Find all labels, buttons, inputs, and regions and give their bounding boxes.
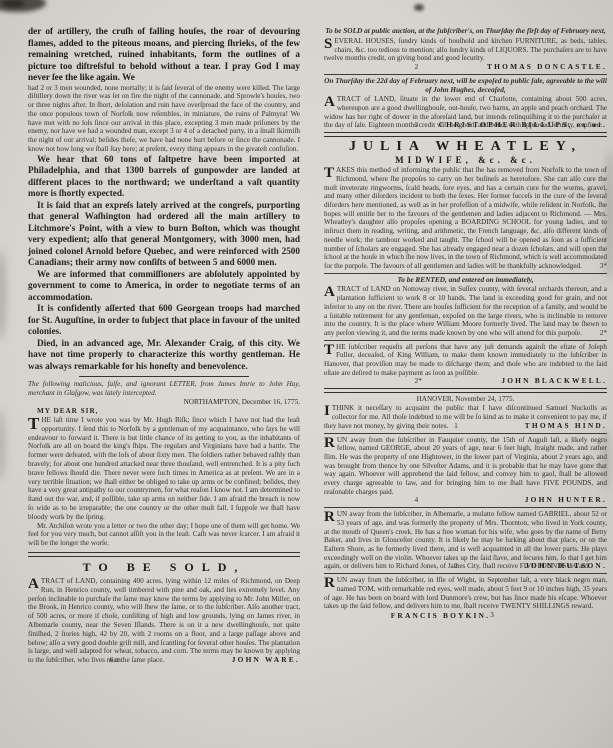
letter-intro: The following malicious, falſe, and igno… xyxy=(28,380,300,398)
letter-dateline: NORTHAMPTON, December 16, 1775. xyxy=(28,398,300,407)
right-column: To be SOLD at public auction, at the ſub… xyxy=(324,26,607,620)
signature-francis-boykin: FRANCIS BOYKIN. xyxy=(391,611,491,620)
heavy-rule xyxy=(324,388,607,393)
ad-drop-cap: T xyxy=(324,344,334,357)
ad-drop-cap: T xyxy=(324,167,334,180)
column-rule xyxy=(324,507,607,508)
fuller-notice-text: HE ſubſcriber requeſts all perſons that … xyxy=(324,343,607,377)
news-georgean-troops: It is confidently aſſerted that 600 Geor… xyxy=(28,303,300,338)
ad-run-marker: 3 xyxy=(415,121,419,130)
letter-salutation: MY DEAR SIR, xyxy=(28,407,300,416)
news-washington-express: It is ſaid that an expreſs lately arrive… xyxy=(28,200,300,269)
doncastle-signature-row: 2 THOMAS DONCASTLE. xyxy=(324,63,607,72)
blackwell-signature-row: 2* JOHN BLACKWELL. xyxy=(324,377,607,386)
section-rule xyxy=(79,376,249,377)
ad-duration-marker: 6 m xyxy=(110,656,121,665)
column-rule xyxy=(324,433,607,434)
signature-john-hunter: JOHN HUNTER. xyxy=(525,496,607,505)
wheatley-ad-text: AKES this method of informing the public… xyxy=(324,166,607,270)
hunter-signature-row: 4 JOHN HUNTER. xyxy=(324,496,607,505)
news-saltpetre: We hear that 60 tons of ſaltpetre have b… xyxy=(28,154,300,200)
lead-large-text: der of artillery, the cruſh of falling h… xyxy=(28,26,300,82)
midwife-subhead: MIDWIFE, &c. &c. xyxy=(324,155,607,166)
runaway-ad-tom: RUN away from the ſubſcriber, in Iſle of… xyxy=(324,576,607,611)
column-rule xyxy=(324,340,607,341)
to-be-sold-heading: TO BE SOLD, xyxy=(28,560,300,575)
letter-body: THE laſt time I wrote you was by Mr. Hug… xyxy=(28,416,300,522)
ad-drop-cap: R xyxy=(324,511,335,524)
letter-postscript: Mr. Atchiſon wrote you a letter or two t… xyxy=(28,522,300,548)
rent-header-nottoway: To be RENTED, and entered on immediately… xyxy=(324,276,607,285)
heavy-rule xyxy=(324,132,607,137)
signature-christopher-billups: CHRISTOPHER BILLUPS, ex'or. xyxy=(439,121,607,130)
letter-body-text: HE laſt time I wrote you was by Mr. Hugh… xyxy=(28,416,300,521)
nottoway-land-ad: ATRACT of LAND on Nottoway river, in Suſ… xyxy=(324,285,607,337)
nottoway-ad-text: TRACT of LAND on Nottoway river, in Suſſ… xyxy=(324,285,607,337)
ad-drop-cap: I xyxy=(324,405,330,418)
ad-run-marker: 3* xyxy=(600,262,607,271)
julia-wheatley-headline: JULIA WHEATLEY, xyxy=(324,139,607,155)
double-rule xyxy=(28,552,300,557)
auction-header-doncastle: To be SOLD at public auction, at the ſub… xyxy=(324,27,607,36)
ad-run-marker: 1 xyxy=(454,422,458,431)
scan-streak-left-edge-1 xyxy=(0,250,6,340)
signature-john-ware: JOHN WARE. xyxy=(232,656,300,665)
boykin-signature-row: FRANCIS BOYKIN. xyxy=(324,611,607,620)
land-ad-john-ware: ATRACT of LAND, containing 400 acres, ly… xyxy=(28,577,300,665)
ad-run-marker: 2 xyxy=(454,562,458,571)
ad-run-marker: 4 xyxy=(415,496,419,505)
signature-john-hutson: JOHN HUTSON. xyxy=(525,562,607,571)
ad-drop-cap: S xyxy=(324,38,332,51)
ad-run-marker: 2 xyxy=(415,63,419,72)
ad-run-marker: 2* xyxy=(600,329,607,338)
news-commissioners: We are informed that commiſſioners are a… xyxy=(28,269,300,304)
ad-drop-cap: A xyxy=(324,96,335,109)
land-ad-text: TRACT of LAND, containing 400 acres, lyi… xyxy=(28,577,300,664)
houses-ad-text: EVERAL HOUSES, ſundry kinds of houſhold … xyxy=(324,37,607,62)
tom-ad-text: UN away from the ſubſcriber, in Iſle of … xyxy=(324,576,607,610)
left-column: der of artillery, the cruſh of falling h… xyxy=(28,26,300,665)
runaway-ad-george: RUN away from the ſubſcriber in Fauquier… xyxy=(324,436,607,497)
scan-smudge-top-left-dark xyxy=(2,0,24,7)
signature-thomas-hind: THOMAS HIND. xyxy=(525,422,607,431)
norfolk-report-lead: der of artillery, the cruſh of falling h… xyxy=(28,26,300,84)
column-rule xyxy=(324,573,607,574)
letter-drop-cap: T xyxy=(28,417,39,431)
fuller-estate-notice: THE ſubſcriber requeſts all perſons that… xyxy=(324,343,607,378)
newspaper-page-scan: der of artillery, the cruſh of falling h… xyxy=(0,0,613,748)
norfolk-report-continuation: had 2 or 3 men wounded, none mortally; i… xyxy=(28,84,300,154)
ad-drop-cap: A xyxy=(324,286,335,299)
sale-header-billups: On Thurſday the 22d day of February next… xyxy=(324,77,607,95)
column-rule xyxy=(324,273,607,274)
scan-mark-top-center xyxy=(414,4,424,11)
scan-streak-left-edge-2 xyxy=(0,410,5,480)
george-ad-text: UN away from the ſubſcriber in Fauquier … xyxy=(324,436,607,496)
ad-drop-cap: R xyxy=(324,437,335,450)
ad-drop-cap: R xyxy=(324,577,335,590)
obituary-alexander-craig: Died, in an advanced age, Mr. Alexander … xyxy=(28,338,300,373)
wheatley-midwife-ad: TAKES this method of informing the publi… xyxy=(324,166,607,270)
ad-run-marker: 2* xyxy=(415,377,422,386)
ad-drop-cap: A xyxy=(28,578,39,591)
signature-john-blackwell: JOHN BLACKWELL. xyxy=(501,377,607,386)
ad-run-marker: 3 xyxy=(490,611,494,620)
hanover-dateline: HANOVER, November 24, 1775. xyxy=(324,395,607,404)
column-rule xyxy=(324,74,607,75)
signature-thomas-doncastle: THOMAS DONCASTLE. xyxy=(487,63,607,72)
houses-ad-doncastle: SEVERAL HOUSES, ſundry kinds of houſhold… xyxy=(324,37,607,63)
